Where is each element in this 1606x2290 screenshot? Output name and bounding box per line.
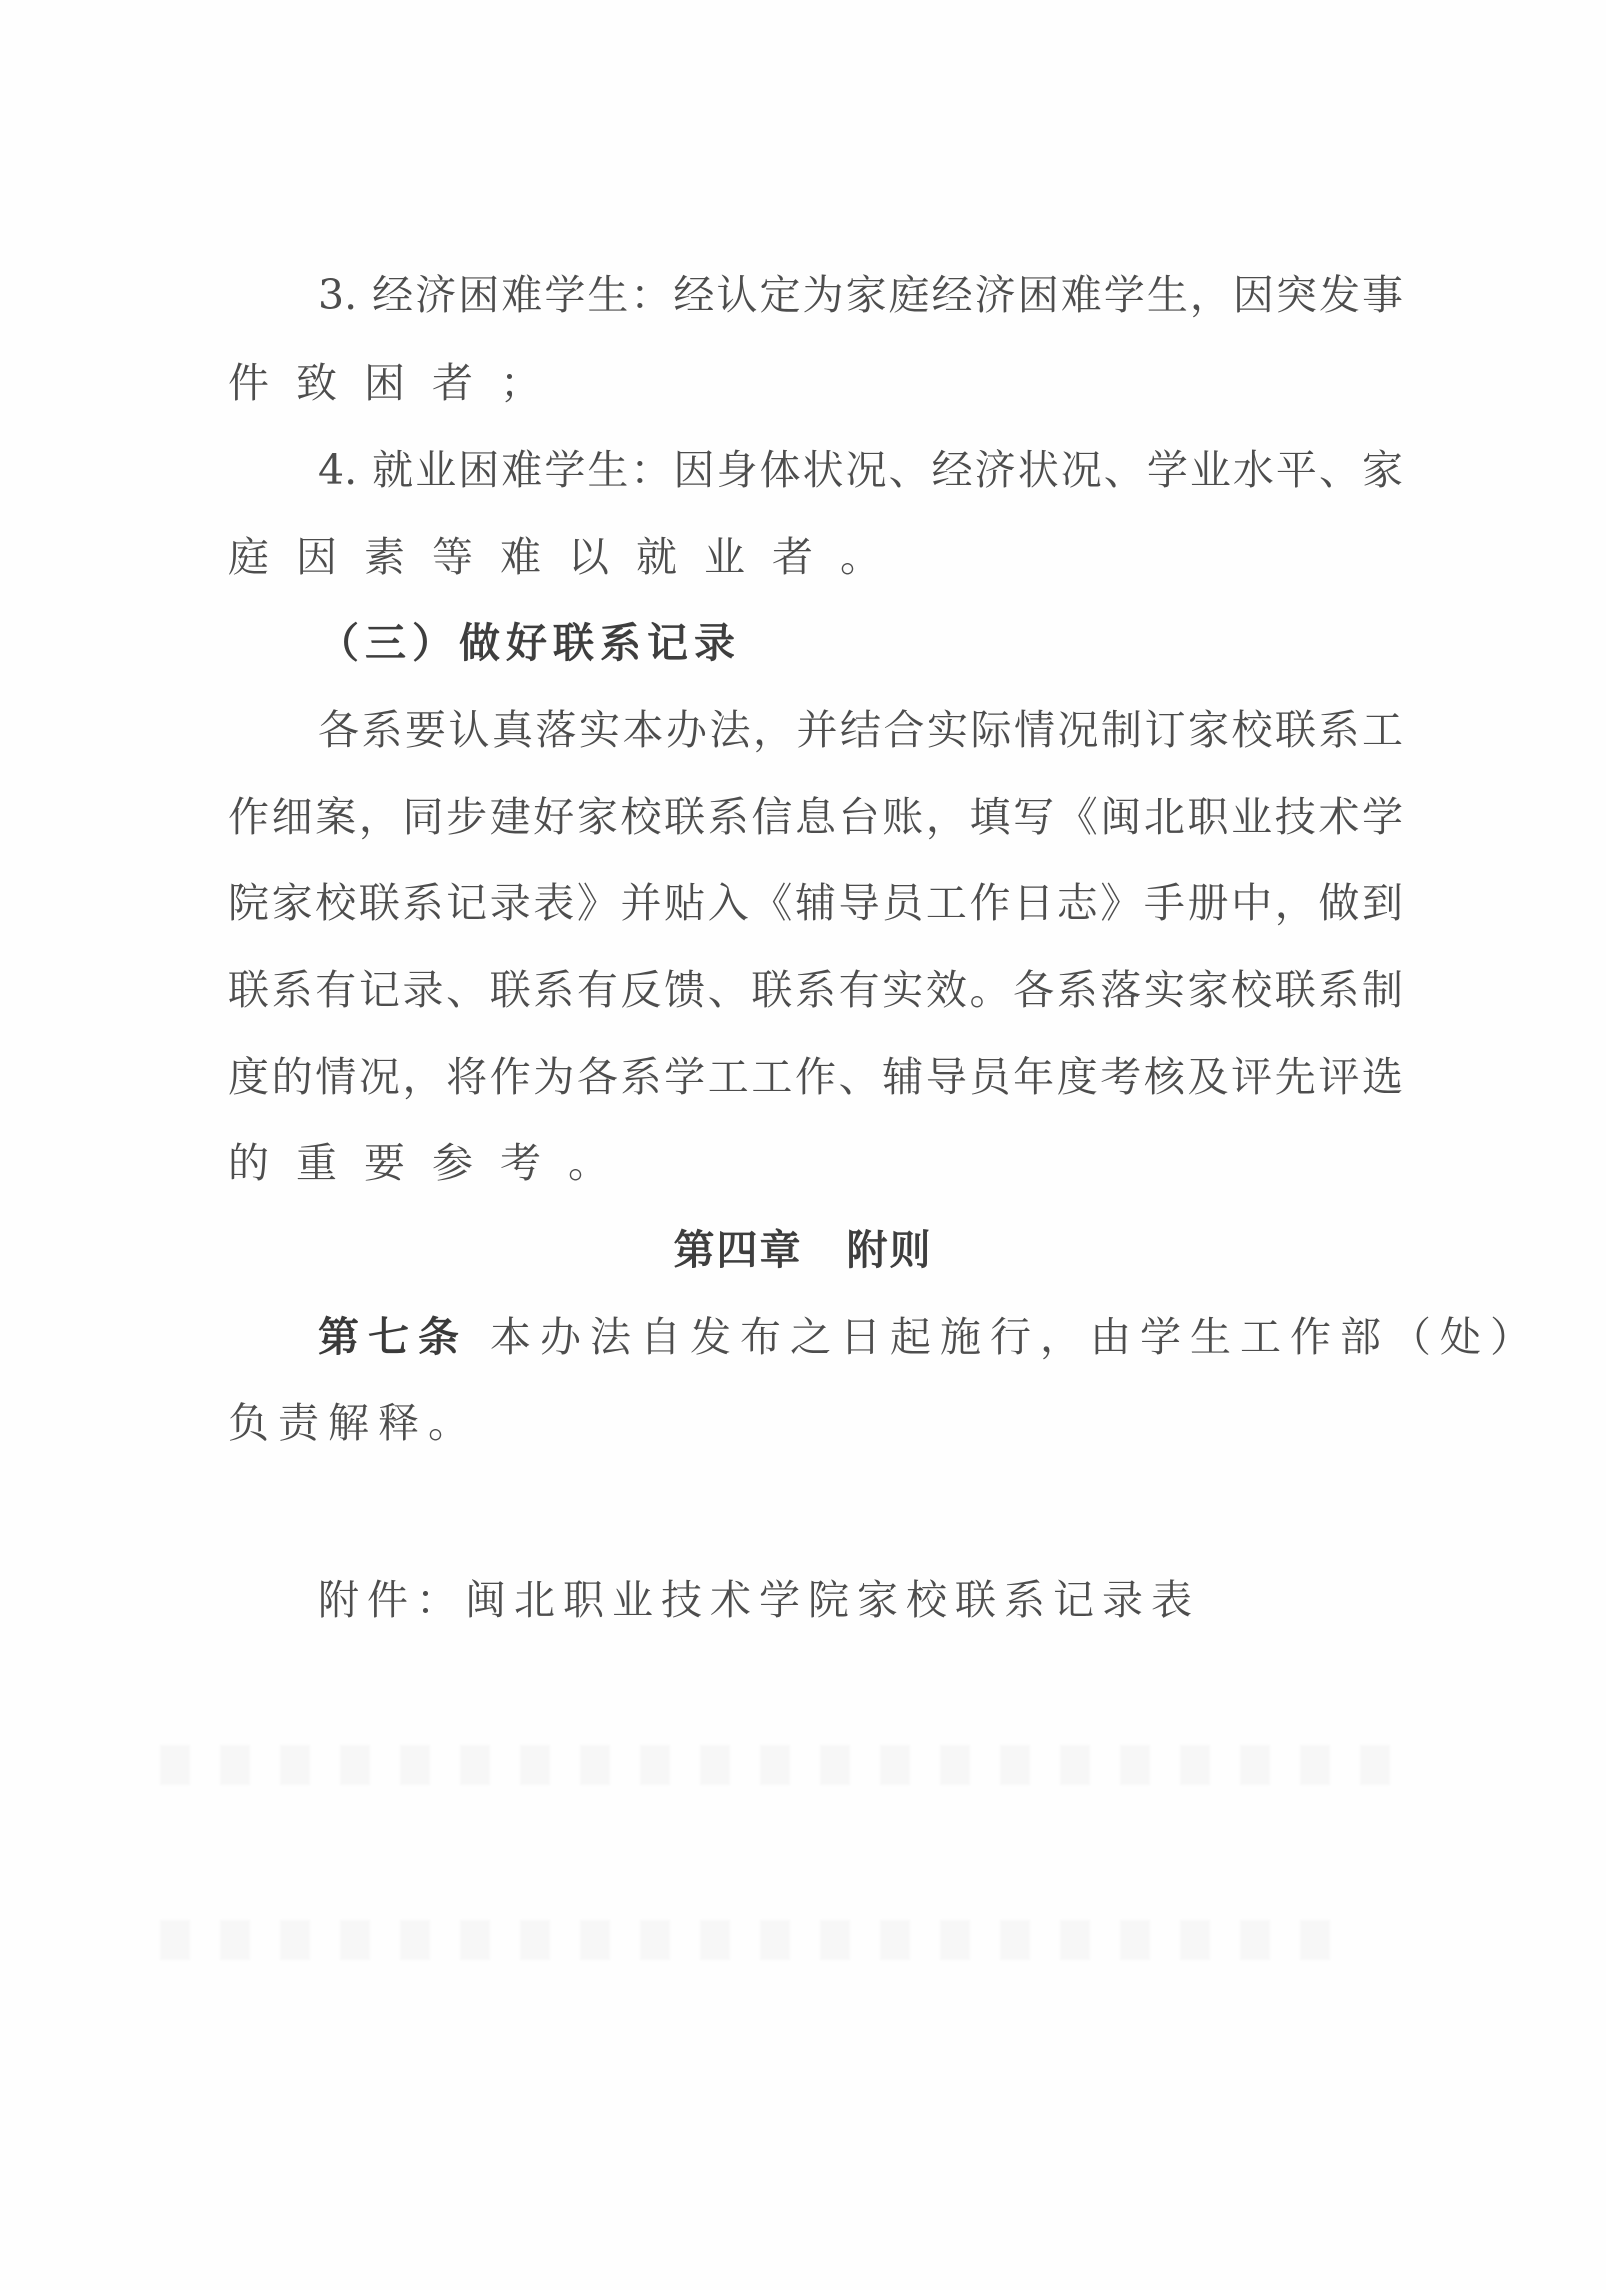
- article-7-line-2: 负责解释。: [228, 1393, 1403, 1453]
- paragraph-line-5: 度的情况，将作为各系学工工作、辅导员年度考核及评先评选: [228, 1047, 1403, 1107]
- paragraph-line-1: 各系要认真落实本办法，并结合实际情况制订家校联系工: [318, 700, 1403, 760]
- chapter-title: 附则: [847, 1226, 933, 1274]
- article-7-line-1: 第七条 本办法自发布之日起施行，由学生工作部（处）: [318, 1307, 1403, 1367]
- attachment-line: 附件：闽北职业技术学院家校联系记录表: [318, 1570, 1403, 1630]
- document-page: 3. 经济困难学生：经认定为家庭经济困难学生，因突发事 件致困者； 4. 就业困…: [0, 0, 1606, 2290]
- article-text: 本办法自发布之日起施行，由学生工作部（处）: [490, 1313, 1540, 1361]
- paragraph-line-6: 的重要参考。: [228, 1133, 1403, 1193]
- paragraph-line-2: 作细案，同步建好家校联系信息台账，填写《闽北职业技术学: [228, 787, 1403, 847]
- paragraph-line-3: 院家校联系记录表》并贴入《辅导员工作日志》手册中，做到: [228, 873, 1403, 933]
- item-3-line-1: 3. 经济困难学生：经认定为家庭经济困难学生，因突发事: [318, 265, 1403, 325]
- chapter-number: 第四章: [674, 1226, 803, 1274]
- paragraph-line-4: 联系有记录、联系有反馈、联系有实效。各系落实家校联系制: [228, 960, 1403, 1020]
- chapter-heading: 第四章附则: [0, 1220, 1606, 1280]
- item-3-line-2: 件致困者；: [228, 353, 1403, 413]
- bleed-through-text: [160, 1920, 1360, 1960]
- bleed-through-text: [160, 1745, 1390, 1785]
- item-4-line-2: 庭因素等难以就业者。: [228, 527, 1403, 587]
- article-label: 第七条: [318, 1313, 468, 1361]
- item-4-line-1: 4. 就业困难学生：因身体状况、经济状况、学业水平、家: [318, 440, 1403, 500]
- section-heading: （三）做好联系记录: [318, 613, 1403, 673]
